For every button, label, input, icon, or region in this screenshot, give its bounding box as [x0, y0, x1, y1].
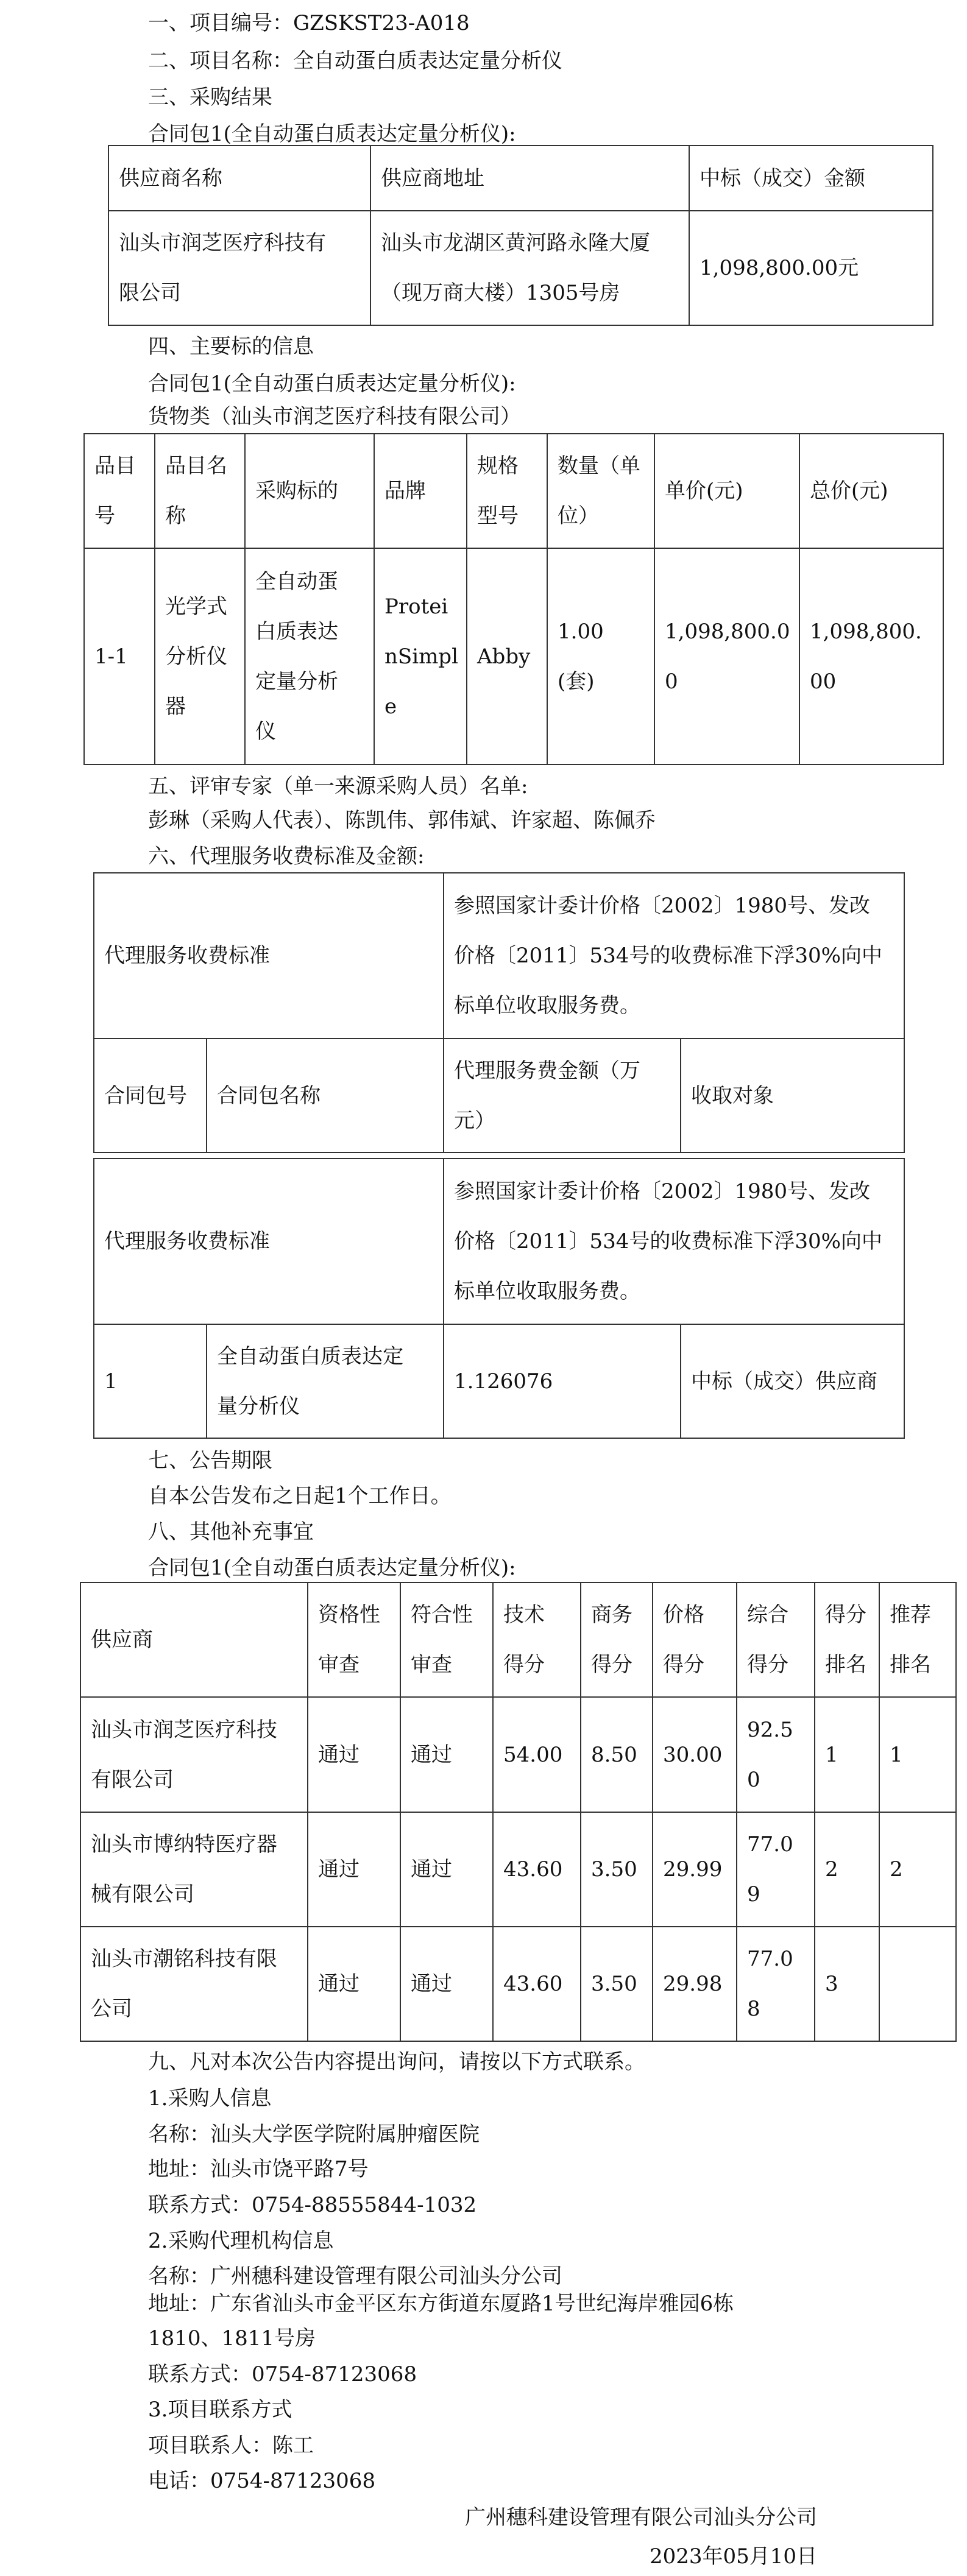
- price-score: 29.98: [653, 1927, 737, 2041]
- signature-organization: 广州穗科建设管理有限公司汕头分公司: [465, 2505, 817, 2530]
- cell-line: 审查: [318, 1640, 390, 1690]
- cell-line: 总价(元): [810, 466, 933, 516]
- cell-line: 1-1: [94, 632, 144, 682]
- cell-line: 资格性: [318, 1590, 390, 1640]
- cell-line: 得分: [747, 1640, 804, 1690]
- cell-line: 汕头市润芝医疗科技: [91, 1705, 297, 1755]
- payer: 中标（成交）供应商: [681, 1324, 904, 1438]
- cell-line: 得分: [663, 1640, 726, 1690]
- cell-line: Abby: [477, 632, 537, 682]
- fee-detail-table: 代理服务收费标准 参照国家计委计价格〔2002〕1980号、发改 价格〔2011…: [93, 1158, 905, 1439]
- qualification: 通过: [308, 1697, 400, 1812]
- purchaser-name: 名称：汕头大学医学院附属肿瘤医院: [148, 2122, 480, 2147]
- fee-amount: 1.126076: [444, 1324, 681, 1438]
- header-brand: 品牌: [374, 434, 467, 548]
- quantity: 1.00 (套): [547, 548, 654, 764]
- subject-table: 品目号 品目名称 采购标的 品牌 规格型号 数量（单位） 单价(元) 总价(元)…: [83, 433, 944, 765]
- cell-line: (套): [558, 657, 644, 707]
- purchaser-heading: 1.采购人信息: [148, 2086, 271, 2111]
- header-score-rank: 得分排名: [815, 1583, 879, 1697]
- cell-line: 元）: [454, 1096, 670, 1146]
- business-score: 3.50: [581, 1927, 653, 2041]
- table-row: 汕头市润芝医疗科技有限公司 通过 通过 54.00 8.50 30.00 92.…: [80, 1697, 956, 1812]
- header-unit-price: 单价(元): [654, 434, 799, 548]
- business-score: 3.50: [581, 1812, 653, 1927]
- header-supplier: 供应商: [80, 1583, 308, 1697]
- cell-line: 器: [165, 682, 235, 732]
- cell-line: 有限公司: [91, 1755, 297, 1805]
- compliance: 通过: [400, 1812, 493, 1927]
- cell-line: Protei: [384, 582, 456, 632]
- cell-line: 代理服务费金额（万: [454, 1046, 670, 1096]
- purchaser-contact: 联系方式：0754-88555844-1032: [148, 2193, 476, 2217]
- agency-name: 名称：广州穗科建设管理有限公司汕头分公司: [148, 2264, 562, 2288]
- table-header-row: 供应商 资格性审查 符合性审查 技术得分 商务得分 价格得分 综合得分 得分排名…: [80, 1583, 956, 1697]
- cell-line: 1.00: [558, 607, 644, 657]
- package-no: 1: [94, 1324, 207, 1438]
- fee-standard-label: 代理服务收费标准: [94, 1159, 444, 1324]
- header-supplier-address: 供应商地址: [370, 146, 689, 211]
- cell-line: 品目名: [165, 441, 235, 491]
- cell-line: e: [384, 682, 456, 732]
- item-no: 1-1: [84, 548, 155, 764]
- cell-line: 公司: [91, 1984, 297, 2034]
- cell-line: 0: [665, 657, 789, 707]
- cell-line: 光学式: [165, 582, 235, 632]
- cell-line: 00: [810, 657, 933, 707]
- header-supplier-name: 供应商名称: [108, 146, 370, 211]
- cell-line: 综合: [747, 1590, 804, 1640]
- table-row: 汕头市博纳特医疗器械有限公司 通过 通过 43.60 3.50 29.99 77…: [80, 1812, 956, 1927]
- purchaser-address: 地址：汕头市饶平路7号: [148, 2157, 369, 2181]
- cell-line: 量分析仪: [217, 1382, 433, 1431]
- table-row: 1 全自动蛋白质表达定 量分析仪 1.126076 中标（成交）供应商: [94, 1324, 904, 1438]
- qualification: 通过: [308, 1927, 400, 2041]
- table-row: 1-1 光学式 分析仪 器 全自动蛋 白质表达 定量分析 仪 Protei nS…: [84, 548, 943, 764]
- cell-line: 标单位收取服务费。: [454, 981, 894, 1031]
- section4-category: 货物类（汕头市润芝医疗科技有限公司）: [148, 404, 521, 429]
- cell-line: 单价(元): [665, 466, 789, 516]
- header-amount: 中标（成交）金额: [689, 146, 933, 211]
- agency-heading: 2.采购代理机构信息: [148, 2229, 333, 2253]
- header-package-no: 合同包号: [94, 1039, 207, 1152]
- section9-title: 九、凡对本次公告内容提出询问，请按以下方式联系。: [148, 2050, 645, 2074]
- project-number-value: GZSKST23-A018: [293, 11, 470, 35]
- supplier: 汕头市潮铭科技有限公司: [80, 1927, 308, 2041]
- section3-package: 合同包1(全自动蛋白质表达定量分析仪):: [148, 122, 516, 146]
- recommend-rank: [879, 1927, 956, 2041]
- header-quantity: 数量（单位）: [547, 434, 654, 548]
- cell-line: nSimpl: [384, 632, 456, 682]
- total-score: 77.09: [737, 1812, 815, 1927]
- cell-line: 排名: [825, 1640, 869, 1690]
- cell-line: 品牌: [384, 466, 456, 516]
- section8-package: 合同包1(全自动蛋白质表达定量分析仪):: [148, 1556, 516, 1580]
- cell-line: 白质表达: [255, 607, 364, 657]
- fee-standard-text: 参照国家计委计价格〔2002〕1980号、发改 价格〔2011〕534号的收费标…: [444, 1159, 904, 1324]
- tech-score: 54.00: [493, 1697, 581, 1812]
- cell-line: 采购标的: [255, 466, 364, 516]
- supplier: 汕头市博纳特医疗器械有限公司: [80, 1812, 308, 1927]
- cell-line: 型号: [477, 491, 537, 541]
- project-name: 二、项目名称：全自动蛋白质表达定量分析仪: [148, 49, 562, 73]
- score-rank: 1: [815, 1697, 879, 1812]
- business-score: 8.50: [581, 1697, 653, 1812]
- total-price: 1,098,800. 00: [799, 548, 943, 764]
- cell-line: 得分: [591, 1640, 642, 1690]
- cell-line: 参照国家计委计价格〔2002〕1980号、发改: [454, 881, 894, 931]
- cell-line: 1,098,800.0: [665, 607, 789, 657]
- agency-address: 地址：广东省汕头市金平区东方街道东厦路1号世纪海岸雅园6栋: [148, 2292, 734, 2316]
- result-table: 供应商名称 供应商地址 中标（成交）金额 汕头市润芝医疗科技有 限公司 汕头市龙…: [108, 145, 933, 326]
- cell-line: 价格〔2011〕534号的收费标准下浮30%向中: [454, 931, 894, 981]
- score-rank: 2: [815, 1812, 879, 1927]
- cell-line: 价格: [663, 1590, 726, 1640]
- signature-date: 2023年05月10日: [650, 2544, 817, 2569]
- cell-line: 标单位收取服务费。: [454, 1266, 894, 1316]
- cell-line: 1,098,800.: [810, 607, 933, 657]
- table-row: 代理服务收费标准 参照国家计委计价格〔2002〕1980号、发改 价格〔2011…: [94, 873, 904, 1039]
- cell-line: 得分: [503, 1640, 570, 1690]
- cell-line: 价格〔2011〕534号的收费标准下浮30%向中: [454, 1216, 894, 1266]
- header-price-score: 价格得分: [653, 1583, 737, 1697]
- cell-line: 限公司: [119, 268, 360, 318]
- model: Abby: [467, 548, 547, 764]
- expert-list: 彭琳（采购人代表）、陈凯伟、郭伟斌、许家超、陈佩乔: [148, 808, 656, 833]
- notice-period: 自本公告发布之日起1个工作日。: [148, 1484, 452, 1508]
- cell-line: 数量（单: [558, 441, 644, 491]
- header-fee-amount: 代理服务费金额（万 元）: [444, 1039, 681, 1152]
- brand: Protei nSimpl e: [374, 548, 467, 764]
- section6-title: 六、代理服务收费标准及金额:: [148, 844, 424, 869]
- evaluation-table: 供应商 资格性审查 符合性审查 技术得分 商务得分 价格得分 综合得分 得分排名…: [80, 1582, 957, 2042]
- project-contact-heading: 3.项目联系方式: [148, 2398, 292, 2422]
- table-row: 汕头市润芝医疗科技有 限公司 汕头市龙湖区黄河路永隆大厦 （现万商大楼）1305…: [108, 211, 933, 325]
- cell-line: 汕头市潮铭科技有限: [91, 1934, 297, 1984]
- agency-address-cont: 1810、1811号房: [148, 2326, 316, 2351]
- cell-line: 位）: [558, 491, 644, 541]
- cell-line: 技术: [503, 1590, 570, 1640]
- section8-title: 八、其他补充事宜: [148, 1520, 314, 1544]
- cell-line: 全自动蛋白质表达定: [217, 1332, 433, 1382]
- project-number: 一、项目编号：GZSKST23-A018: [148, 11, 470, 35]
- header-compliance: 符合性审查: [400, 1583, 493, 1697]
- section4-package: 合同包1(全自动蛋白质表达定量分析仪):: [148, 372, 516, 396]
- cell-line: 得分: [825, 1590, 869, 1640]
- tech-score: 43.60: [493, 1812, 581, 1927]
- cell-line: 汕头市润芝医疗科技有: [119, 218, 360, 268]
- supplier-name: 汕头市润芝医疗科技有 限公司: [108, 211, 370, 325]
- tech-score: 43.60: [493, 1927, 581, 2041]
- cell-line: 供应商: [91, 1615, 297, 1665]
- cell-line: 全自动蛋: [255, 557, 364, 607]
- table-header-row: 供应商名称 供应商地址 中标（成交）金额: [108, 146, 933, 211]
- cell-line: 规格: [477, 441, 537, 491]
- header-item-no: 品目号: [84, 434, 155, 548]
- header-package-name: 合同包名称: [207, 1039, 444, 1152]
- cell-line: 参照国家计委计价格〔2002〕1980号、发改: [454, 1166, 894, 1216]
- header-model: 规格型号: [467, 434, 547, 548]
- section3-title: 三、采购结果: [148, 85, 272, 110]
- total-score: 92.50: [737, 1697, 815, 1812]
- section7-title: 七、公告期限: [148, 1449, 272, 1473]
- item-name: 光学式 分析仪 器: [155, 548, 245, 764]
- cell-line: 汕头市博纳特医疗器: [91, 1819, 297, 1869]
- qualification: 通过: [308, 1812, 400, 1927]
- supplier-address: 汕头市龙湖区黄河路永隆大厦 （现万商大楼）1305号房: [370, 211, 689, 325]
- score-rank: 3: [815, 1927, 879, 2041]
- cell-line: 审查: [411, 1640, 483, 1690]
- subject: 全自动蛋 白质表达 定量分析 仪: [245, 548, 374, 764]
- total-score: 77.08: [737, 1927, 815, 2041]
- cell-line: 号: [94, 491, 144, 541]
- compliance: 通过: [400, 1927, 493, 2041]
- header-payer: 收取对象: [681, 1039, 904, 1152]
- table-row: 代理服务收费标准 参照国家计委计价格〔2002〕1980号、发改 价格〔2011…: [94, 1159, 904, 1324]
- cell-line: 械有限公司: [91, 1869, 297, 1919]
- cell-line: 排名: [890, 1640, 946, 1690]
- table-header-row: 合同包号 合同包名称 代理服务费金额（万 元） 收取对象: [94, 1039, 904, 1152]
- agency-contact: 联系方式：0754-87123068: [148, 2362, 417, 2387]
- cell-line: 推荐: [890, 1590, 946, 1640]
- header-qualification: 资格性审查: [308, 1583, 400, 1697]
- fee-standard-text: 参照国家计委计价格〔2002〕1980号、发改 价格〔2011〕534号的收费标…: [444, 873, 904, 1039]
- header-subject: 采购标的: [245, 434, 374, 548]
- cell-line: 分析仪: [165, 632, 235, 682]
- table-header-row: 品目号 品目名称 采购标的 品牌 规格型号 数量（单位） 单价(元) 总价(元): [84, 434, 943, 548]
- price-score: 29.99: [653, 1812, 737, 1927]
- recommend-rank: 1: [879, 1697, 956, 1812]
- supplier: 汕头市润芝医疗科技有限公司: [80, 1697, 308, 1812]
- section4-title: 四、主要标的信息: [148, 334, 314, 359]
- cell-line: 定量分析: [255, 657, 364, 707]
- cell-line: 品目: [94, 441, 144, 491]
- award-amount: 1,098,800.00元: [689, 211, 933, 325]
- header-business-score: 商务得分: [581, 1583, 653, 1697]
- package-name: 全自动蛋白质表达定 量分析仪: [207, 1324, 444, 1438]
- section5-title: 五、评审专家（单一来源采购人员）名单:: [148, 774, 528, 799]
- fee-standard-label: 代理服务收费标准: [94, 873, 444, 1039]
- cell-line: 商务: [591, 1590, 642, 1640]
- project-number-label: 一、项目编号：: [148, 11, 293, 35]
- cell-line: 称: [165, 491, 235, 541]
- cell-line: 仪: [255, 707, 364, 757]
- compliance: 通过: [400, 1697, 493, 1812]
- project-name-value: 全自动蛋白质表达定量分析仪: [293, 49, 562, 73]
- header-tech-score: 技术得分: [493, 1583, 581, 1697]
- header-item-name: 品目名称: [155, 434, 245, 548]
- cell-line: 符合性: [411, 1590, 483, 1640]
- cell-line: 汕头市龙湖区黄河路永隆大厦: [381, 218, 679, 268]
- unit-price: 1,098,800.0 0: [654, 548, 799, 764]
- fee-standard-table: 代理服务收费标准 参照国家计委计价格〔2002〕1980号、发改 价格〔2011…: [93, 872, 905, 1153]
- header-total-price: 总价(元): [799, 434, 943, 548]
- header-total-score: 综合得分: [737, 1583, 815, 1697]
- project-contact-phone: 电话：0754-87123068: [148, 2469, 375, 2493]
- project-contact-person: 项目联系人：陈工: [148, 2433, 314, 2458]
- header-recommend-rank: 推荐排名: [879, 1583, 956, 1697]
- price-score: 30.00: [653, 1697, 737, 1812]
- table-row: 汕头市潮铭科技有限公司 通过 通过 43.60 3.50 29.98 77.08…: [80, 1927, 956, 2041]
- cell-line: （现万商大楼）1305号房: [381, 268, 679, 318]
- project-name-label: 二、项目名称：: [148, 49, 293, 73]
- recommend-rank: 2: [879, 1812, 956, 1927]
